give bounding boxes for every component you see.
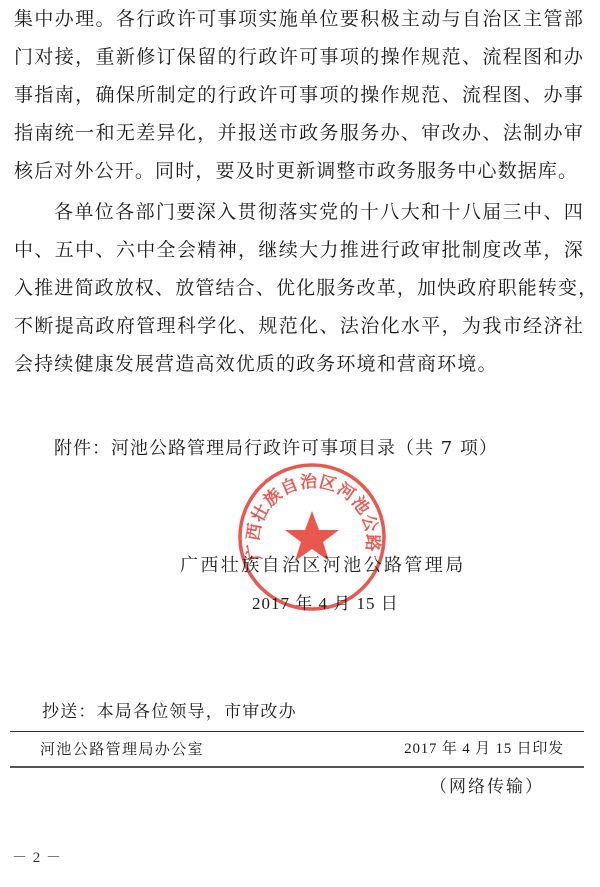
footer-rule-bottom [10, 766, 584, 768]
signature-organization: 广西壮族自治区河池公路管理局 [180, 554, 466, 578]
issue-date: 2017 年 4 月 15 日印发 [404, 738, 564, 760]
paragraph-2-line-1: 各单位各部门要深入贯彻落实党的十八大和十八届三中、四 [54, 200, 584, 224]
official-seal: 广西壮族自治区河池公路管理局 [236, 461, 388, 613]
paragraph-1-line-3: 事指南，确保所制定的行政许可事项的操作规范、流程图、办事 [14, 83, 584, 107]
paragraph-1-line-5: 核后对外公开。同时，要及时更新调整市政务服务中心数据库。 [14, 159, 584, 183]
transmission-note: （网络传输） [430, 775, 544, 799]
attachment-note: 附件：河池公路管理局行政许可事项目录（共 7 项） [54, 437, 498, 461]
seal-stamp-icon: 广西壮族自治区河池公路管理局 [236, 461, 388, 613]
paragraph-1-line-4: 指南统一和无差异化，并报送市政务服务办、审改办、法制办审 [14, 121, 584, 145]
issuing-office: 河池公路管理局办公室 [40, 738, 204, 760]
paragraph-1-line-2: 门对接，重新修订保留的行政许可事项的操作规范、流程图和办 [14, 45, 584, 69]
paragraph-2-line-3: 入推进简政放权、放管结合、优化服务改革，加快政府职能转变， [14, 276, 584, 300]
page-number: － 2 － [12, 848, 62, 868]
footer-rule-top [10, 731, 584, 732]
paragraph-2-line-5: 会持续健康发展营造高效优质的政务环境和营商环境。 [14, 352, 584, 376]
signature-date: 2017 年 4 月 15 日 [252, 592, 399, 616]
paragraph-2-line-2: 中、五中、六中全会精神，继续大力推进行政审批制度改革，深 [14, 238, 584, 262]
paragraph-1-line-1: 集中办理。各行政许可事项实施单位要积极主动与自治区主管部 [14, 7, 584, 31]
cc-recipients: 抄送：本局各位领导，市审改办 [42, 700, 297, 724]
paragraph-2-line-4: 不断提高政府管理科学化、规范化、法治化水平，为我市经济社 [14, 314, 584, 338]
